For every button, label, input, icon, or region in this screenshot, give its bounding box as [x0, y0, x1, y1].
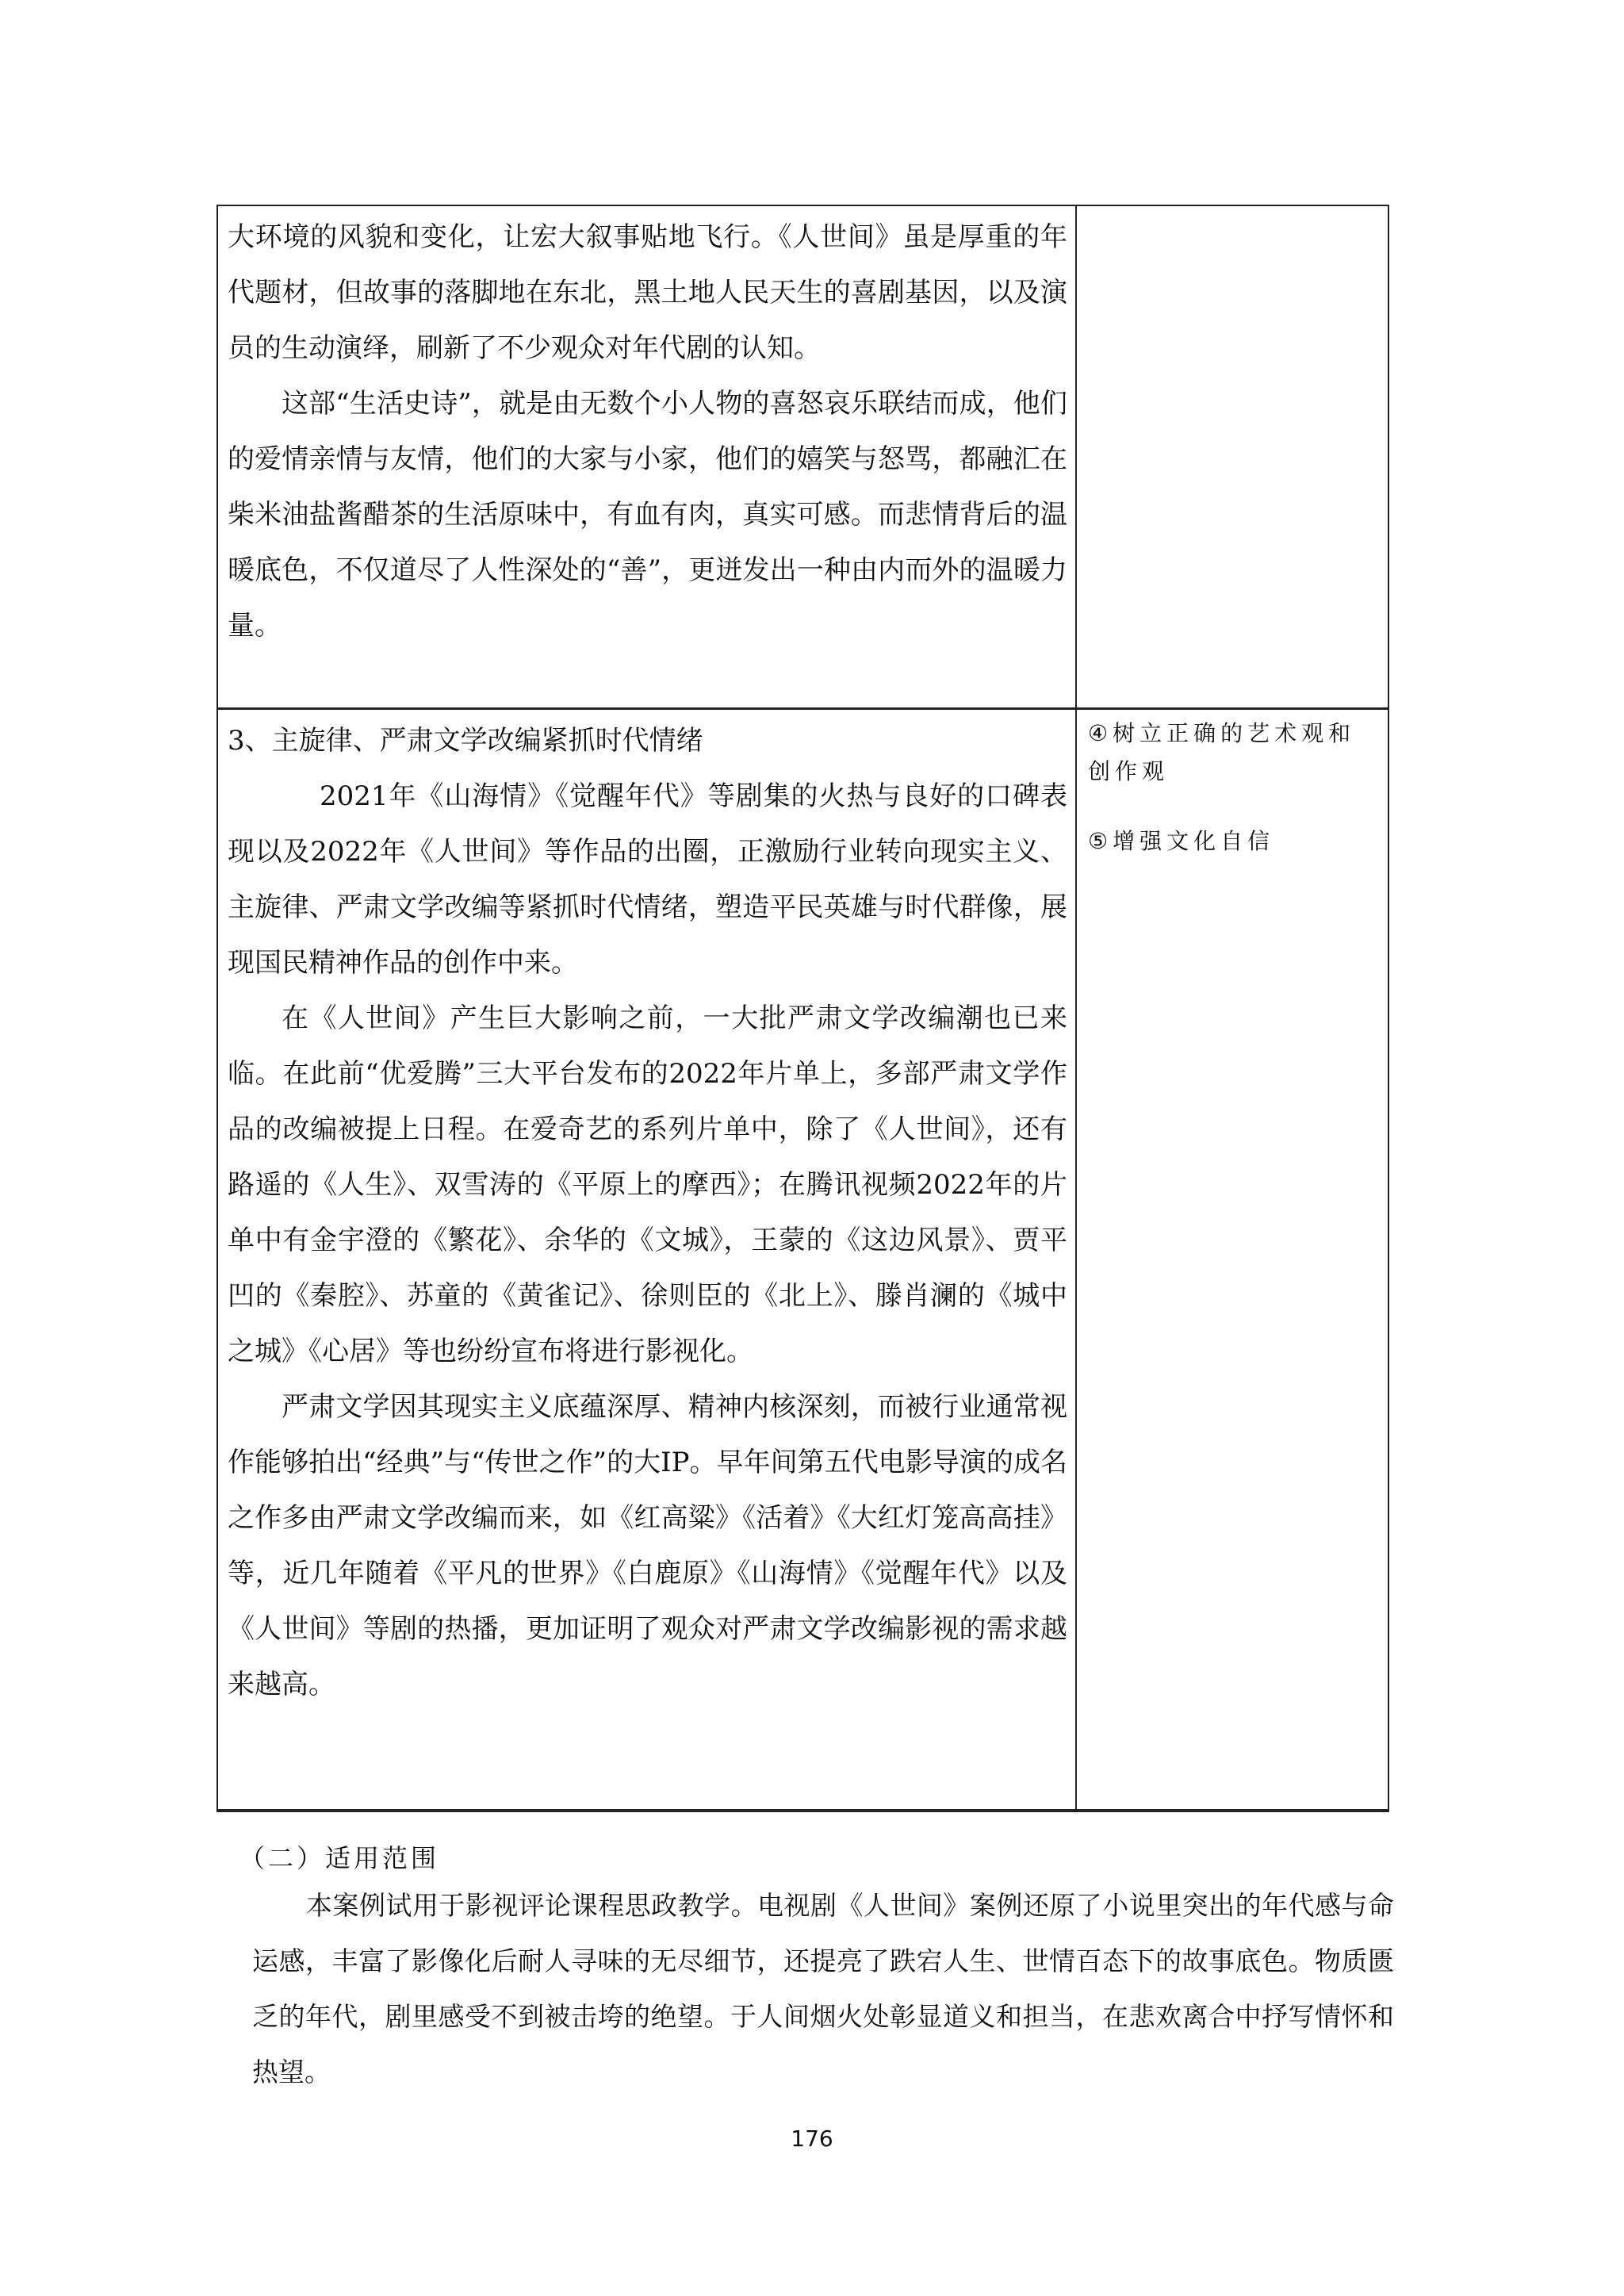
paragraph: 这部“生活史诗”，就是由无数个小人物的喜怒哀乐联结而成，他们的爱情亲情与友情，他…	[228, 376, 1067, 654]
table-cell-side	[1077, 206, 1388, 707]
table-cell-side: ④树立正确的艺术观和创作观 ⑤增强文化自信	[1077, 710, 1388, 1809]
paragraph: 严肃文学因其现实主义底蕴深厚、精神内核深刻，而被行业通常视作能够拍出“经典”与“…	[228, 1379, 1067, 1712]
row-heading: 3、主旋律、严肃文学改编紧抓时代情绪	[228, 713, 1067, 769]
content-table: 大环境的风貌和变化，让宏大叙事贴地飞行。《人世间》虽是厚重的年代题材，但故事的落…	[216, 205, 1389, 1812]
paragraph: 本案例试用于影视评论课程思政教学。电视剧《人世间》案例还原了小说里突出的年代感与…	[252, 1878, 1394, 2100]
objective-item: ⑤增强文化自信	[1088, 822, 1380, 861]
paragraph: 大环境的风貌和变化，让宏大叙事贴地飞行。《人世间》虽是厚重的年代题材，但故事的落…	[228, 209, 1067, 376]
objective-item: ④树立正确的艺术观和创作观	[1088, 715, 1380, 791]
page-number: 176	[0, 2125, 1624, 2152]
table-cell-main: 3、主旋律、严肃文学改编紧抓时代情绪 2021年《山海情》《觉醒年代》等剧集的火…	[218, 710, 1077, 1809]
table-row: 3、主旋律、严肃文学改编紧抓时代情绪 2021年《山海情》《觉醒年代》等剧集的火…	[218, 707, 1388, 1809]
paragraph: 在《人世间》产生巨大影响之前，一大批严肃文学改编潮也已来临。在此前“优爱腾”三大…	[228, 991, 1067, 1379]
section-body: 本案例试用于影视评论课程思政教学。电视剧《人世间》案例还原了小说里突出的年代感与…	[252, 1878, 1394, 2100]
section-title: （二）适用范围	[239, 1838, 439, 1875]
paragraph: 2021年《山海情》《觉醒年代》等剧集的火热与良好的口碑表现以及2022年《人世…	[228, 769, 1067, 991]
table-cell-main: 大环境的风貌和变化，让宏大叙事贴地飞行。《人世间》虽是厚重的年代题材，但故事的落…	[218, 206, 1077, 707]
table-row: 大环境的风貌和变化，让宏大叙事贴地飞行。《人世间》虽是厚重的年代题材，但故事的落…	[218, 206, 1388, 707]
